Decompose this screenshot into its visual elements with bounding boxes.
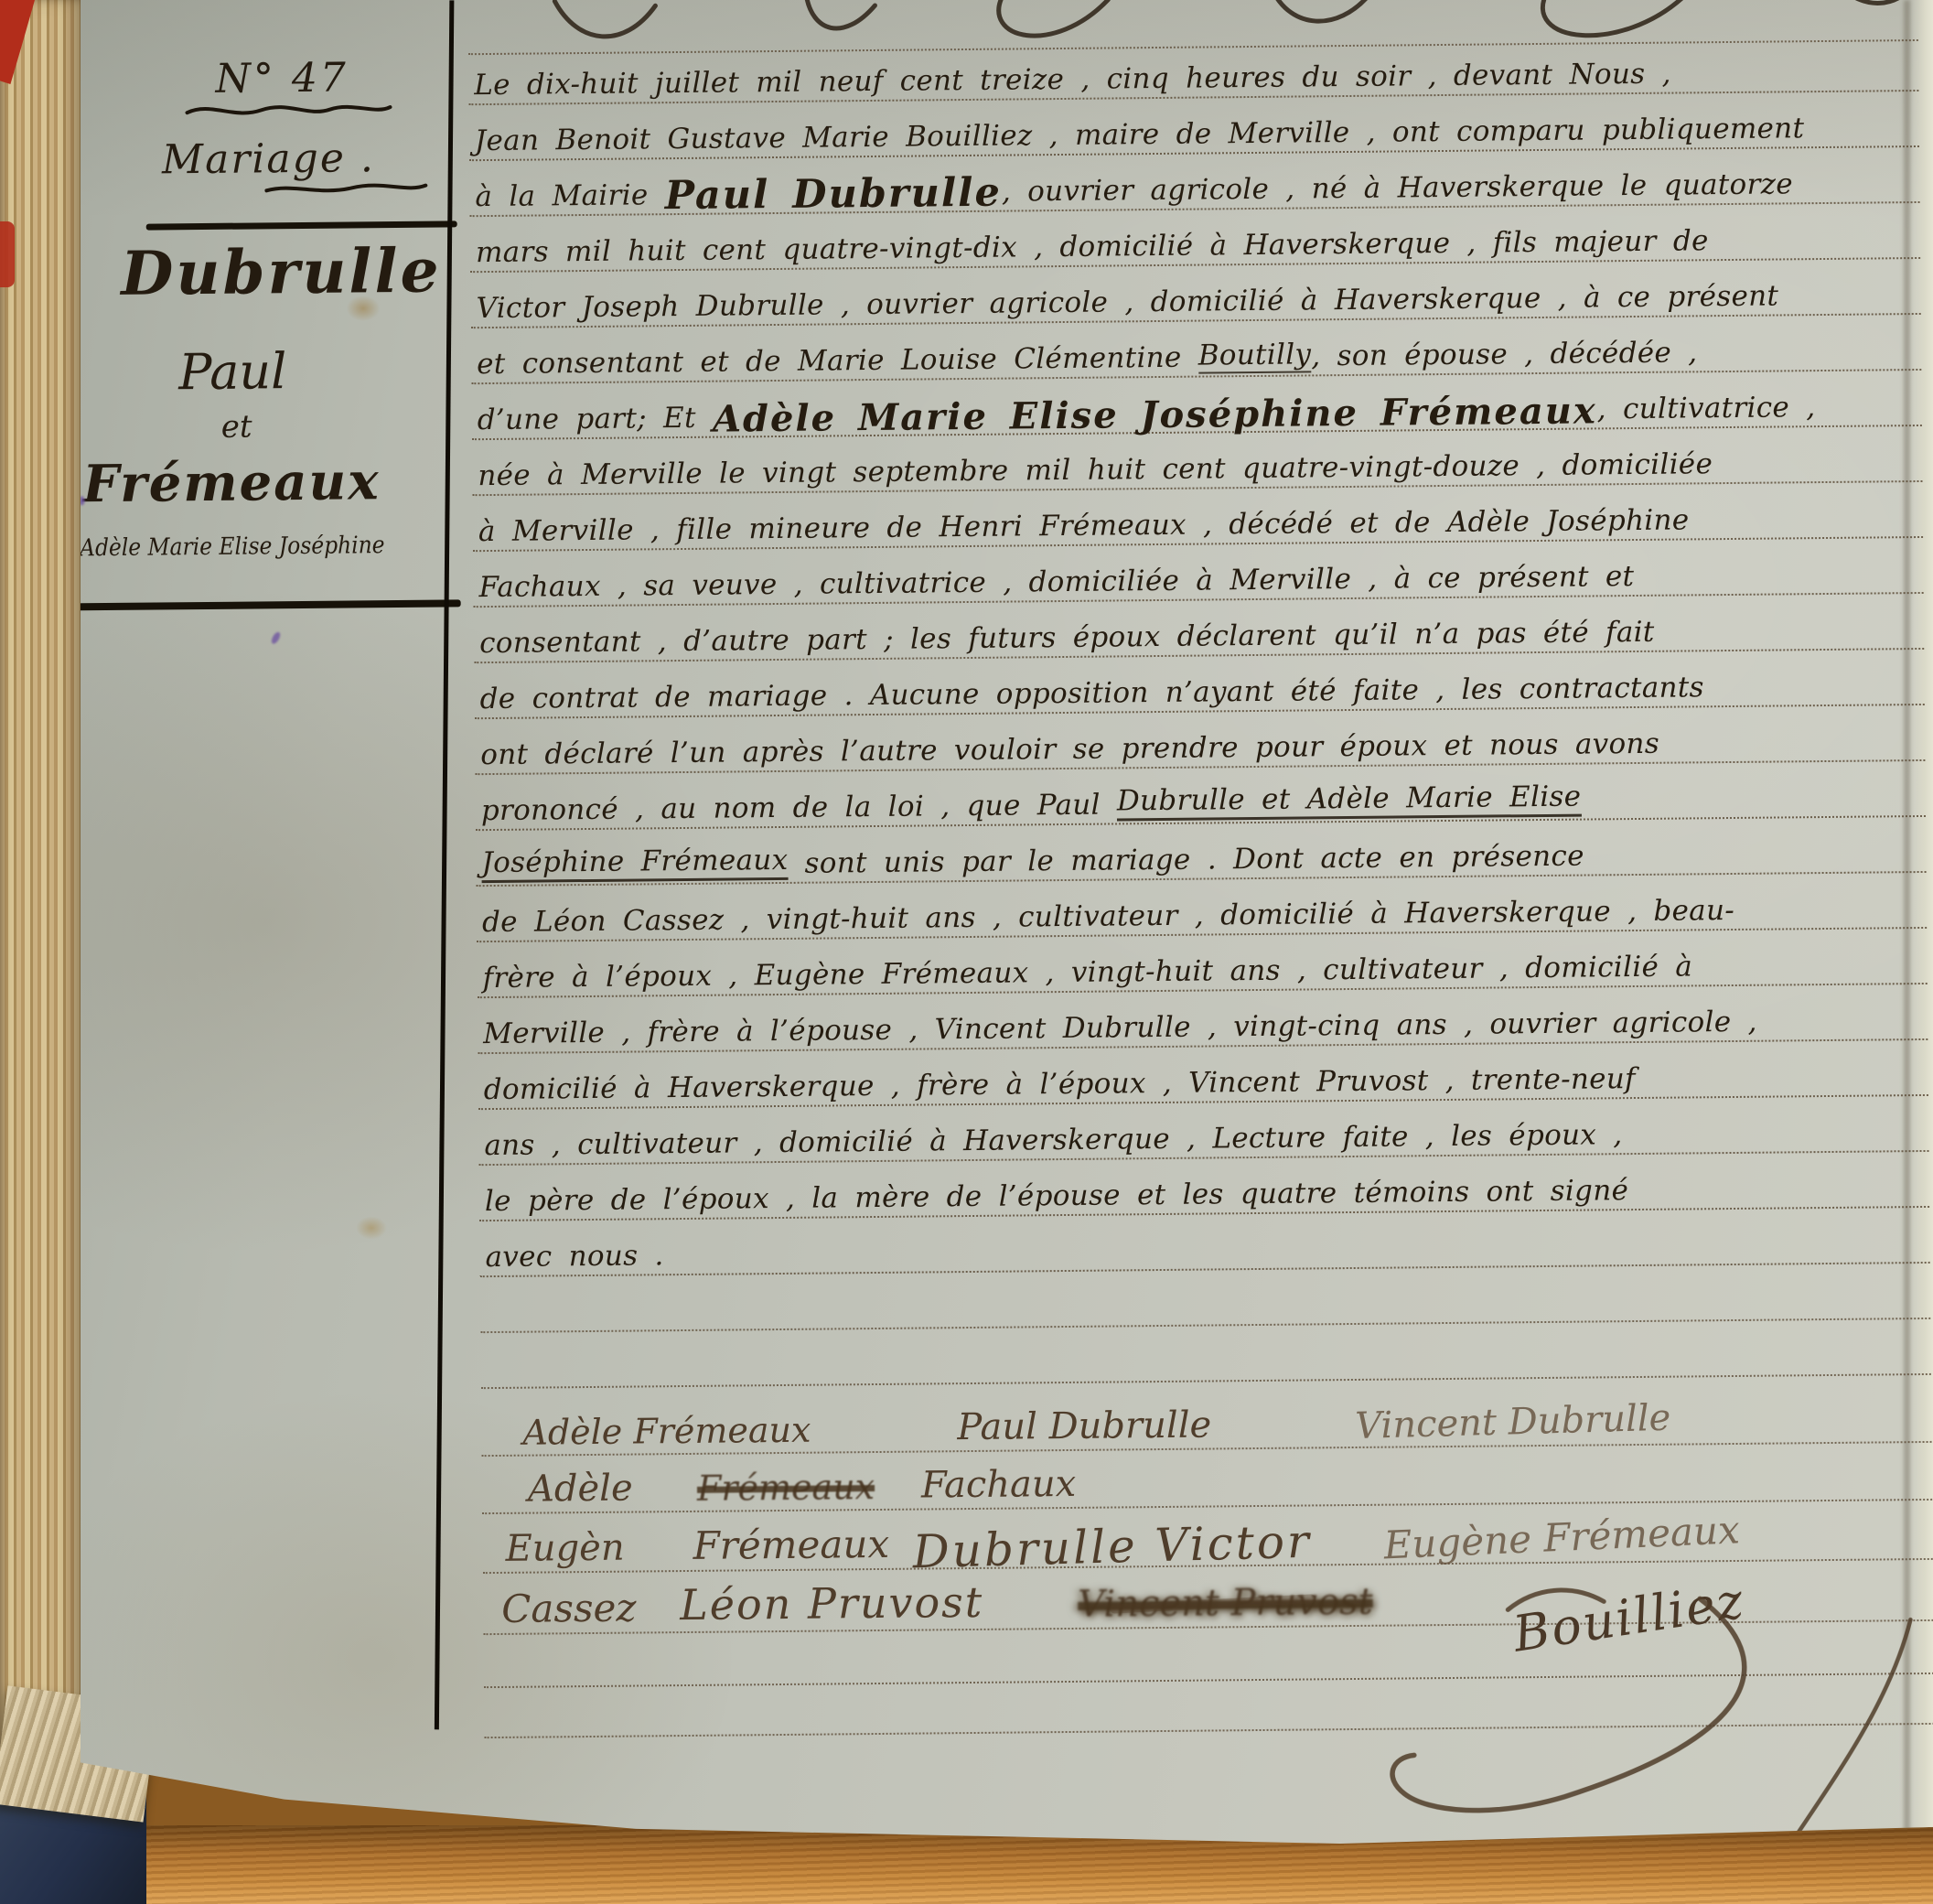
groom-surname: Dubrulle <box>121 235 442 309</box>
red-cover-sliver <box>0 221 15 287</box>
margin-conjunction: et <box>221 408 252 445</box>
signature-adele-first: Adèle <box>528 1468 633 1511</box>
ruled-line <box>484 1673 1933 1688</box>
underlined-name: Joséphine Frémeaux <box>481 844 788 883</box>
act-line-text: d’une part; Et <box>478 402 696 436</box>
act-line-text: prononcé , au nom de la loi , que Paul <box>481 789 1101 827</box>
register-page: N° 47 Mariage . Dubrulle Paul et Frémeau… <box>81 0 1933 1844</box>
act-line-text: , son épouse , décédée , <box>1311 336 1697 372</box>
groom-name-emphasized: Paul Dubrulle <box>665 177 1003 211</box>
page-content: N° 47 Mariage . Dubrulle Paul et Frémeau… <box>72 0 1933 1847</box>
signature-leon-pruvost: Léon Pruvost <box>680 1577 984 1630</box>
act-number: N° 47 <box>190 54 373 102</box>
violet-ink-speck <box>270 630 282 645</box>
flourish-under-act-type <box>264 180 429 199</box>
signature-eugene-fremeaux: Eugène Frémeaux <box>1383 1507 1741 1567</box>
groom-firstname: Paul <box>178 342 287 401</box>
bride-surname: Frémeaux <box>82 451 381 514</box>
signature-paul-dubrulle: Paul Dubrulle <box>957 1404 1211 1448</box>
ruled-line <box>480 1318 1930 1333</box>
act-line-text: à la Mairie <box>475 178 648 213</box>
underlined-name: Boutilly <box>1198 338 1312 373</box>
ruled-line <box>485 1723 1933 1738</box>
smudged-crossed-name: Vincent Pruvost <box>1078 1581 1373 1626</box>
margin-divider-top <box>146 221 457 230</box>
signature-cassez: Cassez <box>501 1586 637 1631</box>
margin-divider-bottom <box>79 599 461 610</box>
act-line-text: et consentant et de Marie Louise Clément… <box>477 341 1182 381</box>
crossed-out-name: Frémeaux <box>697 1467 875 1509</box>
table-wood <box>0 1825 1933 1904</box>
signature-row-4: Cassez Léon Pruvost Vincent Pruvost Boui… <box>483 1561 1933 1635</box>
act-type-label: Mariage . <box>162 134 381 183</box>
signature-vincent-dubrulle: Vincent Dubrulle <box>1355 1397 1671 1447</box>
flourish-under-act-number <box>183 100 393 122</box>
act-line-text: avec nous . <box>485 1239 663 1274</box>
scanned-register-photo: { "margin": { "act_number": "N° 47", "ac… <box>0 0 1933 1904</box>
signature-mayor-bouilliez: Bouilliez <box>1509 1572 1748 1663</box>
signature-fremeaux: Frémeaux <box>693 1522 889 1568</box>
underlined-names: Dubrulle et Adèle Marie Elise <box>1117 780 1582 822</box>
signature-eugene-first: Eugèn <box>505 1527 624 1570</box>
act-line-text: , cultivatrice , <box>1596 391 1815 425</box>
signature-fachaux: Fachaux <box>921 1463 1077 1507</box>
bride-firstnames: Adèle Marie Elise Joséphine <box>80 532 385 562</box>
signature-adele-fremeaux: Adèle Frémeaux <box>522 1410 811 1453</box>
